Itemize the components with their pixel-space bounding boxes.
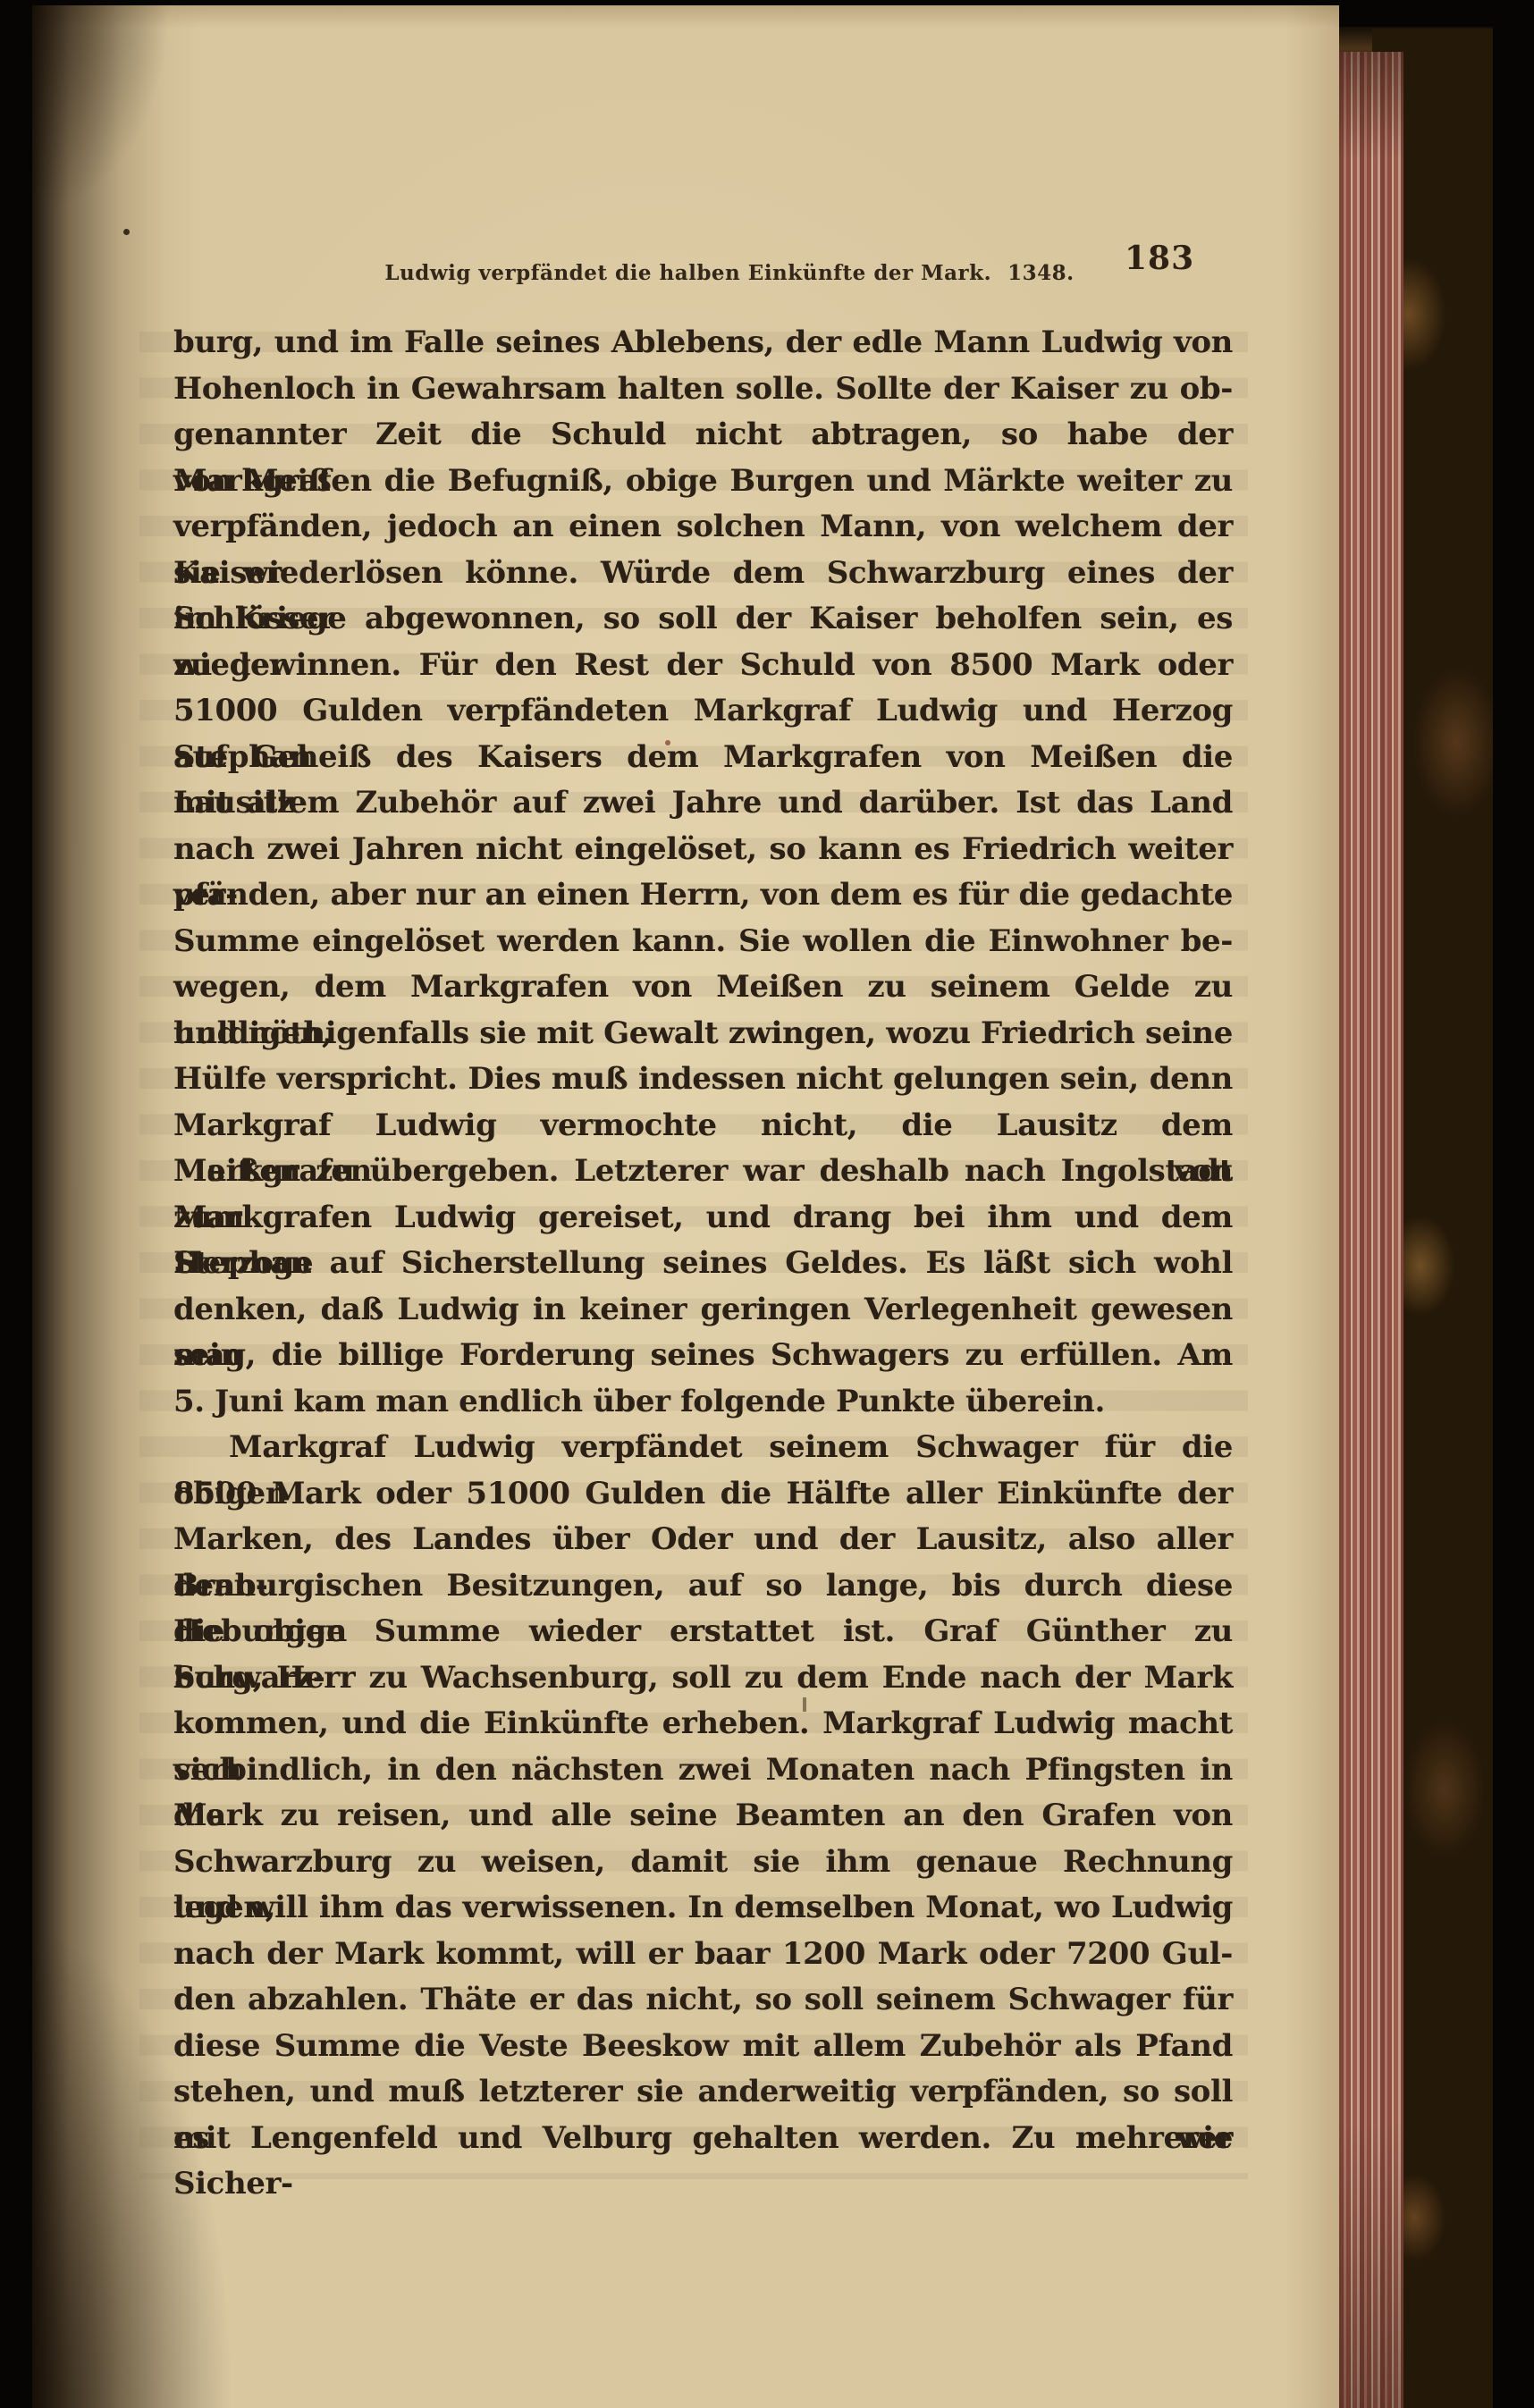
body-text: burg, und im Falle seines Ablebens, der … [173,320,1233,2161]
book-scan: Ludwig verpfändet die halben Einkünfte d… [0,0,1534,2408]
text-line: genannter Zeit die Schuld nicht abtragen… [173,412,1233,459]
text-line: Markgraf Ludwig vermochte nicht, die Lau… [173,1103,1233,1149]
gutter-shadow-top [32,5,300,363]
text-line: Marken, des Landes über Oder und der Lau… [173,1517,1233,1563]
paragraph: burg, und im Falle seines Ablebens, der … [173,320,1233,1425]
text-line: 5. Juni kam man endlich über folgende Pu… [173,1379,1233,1426]
paragraph: Markgraf Ludwig verpfändet seinem Schwag… [173,1425,1233,2161]
text-line: mit allem Zubehör auf zwei Jahre und dar… [173,780,1233,827]
text-line: verbindlich, in den nächsten zwei Monate… [173,1747,1233,1794]
text-line: sie wiederlösen könne. Würde dem Schwarz… [173,551,1233,597]
text-line: Markgraf Ludwig verpfändet seinem Schwag… [173,1425,1233,1471]
text-line: Summe eingelöset werden kann. Sie wollen… [173,919,1233,965]
text-line: zu gewinnen. Für den Rest der Schuld von… [173,643,1233,689]
text-line: Markgrafen Ludwig gereiset, und drang be… [173,1195,1233,1242]
text-line: auf Geheiß des Kaisers dem Markgrafen vo… [173,735,1233,781]
text-line: kommen, und die Einkünfte erheben. Markg… [173,1701,1233,1747]
red-fore-edge [1332,52,1403,2408]
text-line: 8500 Mark oder 51000 Gulden die Hälfte a… [173,1471,1233,1518]
text-line: denburgischen Besitzungen, auf so lange,… [173,1563,1233,1610]
text-line: stehen, und muß letzterer sie anderweiti… [173,2069,1233,2116]
book-page: Ludwig verpfändet die halben Einkünfte d… [32,5,1339,2408]
page-number: 183 [1125,240,1194,277]
text-line: mit Lengenfeld und Velburg gehalten werd… [173,2116,1233,2162]
text-line: die obige Summe wieder erstattet ist. Gr… [173,1609,1233,1655]
text-line: burg, und im Falle seines Ablebens, der … [173,320,1233,366]
text-line: und will ihm das verwissenen. In demselb… [173,1885,1233,1932]
running-header: Ludwig verpfändet die halben Einkünfte d… [211,261,1248,285]
text-line: pfänden, aber nur an einen Herrn, von de… [173,872,1233,919]
text-line: Meißen zu übergeben. Letzterer war desha… [173,1149,1233,1195]
text-line: und nöthigenfalls sie mit Gewalt zwingen… [173,1011,1233,1057]
running-header-title: Ludwig verpfändet die halben Einkünfte d… [384,261,991,285]
text-line: verpfänden, jedoch an einen solchen Mann… [173,504,1233,551]
text-line: Hülfe verspricht. Dies muß indessen nich… [173,1057,1233,1103]
text-line: diese Summe die Veste Beeskow mit allem … [173,2024,1233,2070]
text-line: wegen, dem Markgrafen von Meißen zu sein… [173,964,1233,1011]
running-header-year: 1348. [1007,261,1075,285]
text-line: Schwarzburg zu weisen, damit sie ihm gen… [173,1840,1233,1886]
text-line: im Kriege abgewonnen, so soll der Kaiser… [173,596,1233,643]
text-line: 51000 Gulden verpfändeten Markgraf Ludwi… [173,688,1233,735]
text-line: nach zwei Jahren nicht eingelöset, so ka… [173,827,1233,873]
text-line: Hohenloch in Gewahrsam halten solle. Sol… [173,366,1233,413]
text-line: burg, Herr zu Wachsenburg, soll zu dem E… [173,1655,1233,1702]
text-line: mag, die billige Forderung seines Schwag… [173,1333,1233,1379]
text-line: Mark zu reisen, und alle seine Beamten a… [173,1793,1233,1840]
text-line: von Meißen die Befugniß, obige Burgen un… [173,459,1233,505]
text-line: den abzahlen. Thäte er das nicht, so sol… [173,1977,1233,2024]
ink-speck [123,229,130,235]
text-line: nach der Mark kommt, will er baar 1200 M… [173,1932,1233,1978]
text-line: Stephan auf Sicherstellung seines Geldes… [173,1241,1233,1287]
text-line: denken, daß Ludwig in keiner geringen Ve… [173,1287,1233,1334]
